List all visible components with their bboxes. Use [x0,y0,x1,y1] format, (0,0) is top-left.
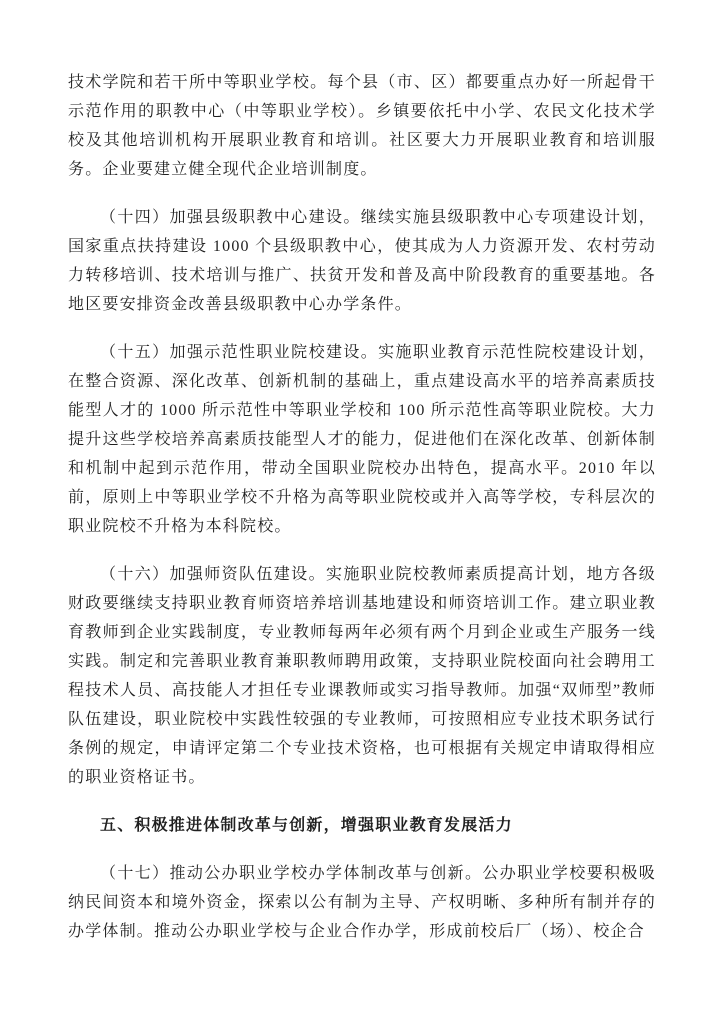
document-page: 技术学院和若干所中等职业学校。每个县（市、区）都要重点办好一所起骨干示范作用的职… [0,0,723,1024]
paragraph-item-15: （十五）加强示范性职业院校建设。实施职业教育示范性院校建设计划，在整合资源、深化… [68,338,656,541]
paragraph-item-16: （十六）加强师资队伍建设。实施职业院校教师素质提高计划，地方各级财政要继续支持职… [68,560,656,792]
section-heading-5: 五、积极推进体制改革与创新，增强职业教育发展活力 [68,811,656,840]
paragraph-continuation: 技术学院和若干所中等职业学校。每个县（市、区）都要重点办好一所起骨干示范作用的职… [68,68,656,184]
paragraph-item-14: （十四）加强县级职教中心建设。继续实施县级职教中心专项建设计划，国家重点扶持建设… [68,203,656,319]
paragraph-item-17: （十七）推动公办职业学校办学体制改革与创新。公办职业学校要积极吸纳民间资本和境外… [68,859,656,946]
